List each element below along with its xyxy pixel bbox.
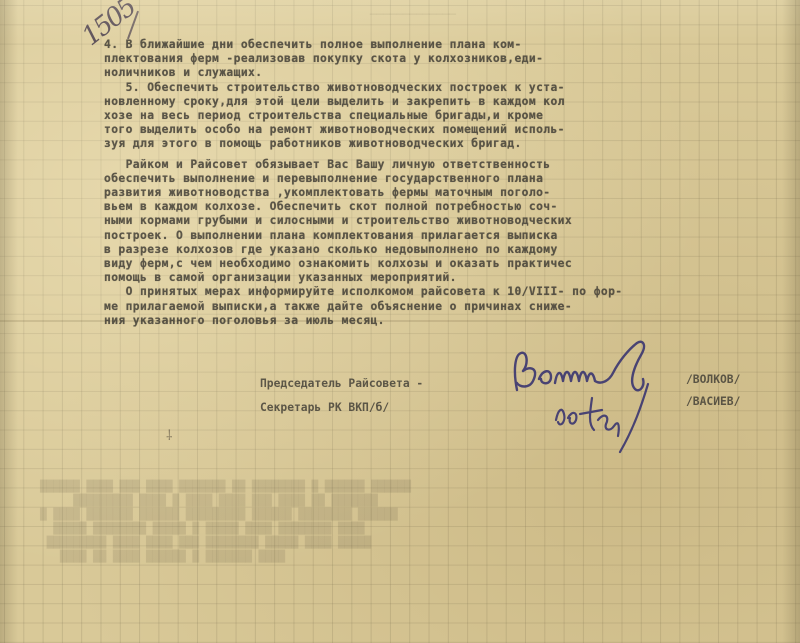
text-line: ме прилагаемой выписки,а также дайте объ… [104,300,794,314]
chairman-title: Председатель Райсовета - [260,377,423,390]
paragraph-item-4: 4. В ближайшие дни обеспечить полное вып… [104,38,794,81]
paragraph-report: О принятых мерах информируйте исполкомом… [104,285,794,328]
text-line: ноличников и служащих. [104,66,794,80]
signatory-names: /ВОЛКОВ/ /ВАСИЕВ/ [686,369,740,413]
text-line: вьем в каждом колхозе. Обеспечить скот п… [104,200,794,214]
text-line: виду ферм,с чем необходимо ознакомить ко… [104,257,794,271]
text-line: того выделить особо на ремонт животновод… [104,123,794,137]
chairman-signature [505,335,675,410]
text-line: развития животноводства ,укомплектовать … [104,186,794,200]
text-line: О принятых мерах информируйте исполкомом… [104,285,794,299]
secretary-title: Секретарь РК ВКП/б/ [260,401,389,414]
text-line: помощь в самой организации указанных мер… [104,271,794,285]
text-line: в разрезе колхозов где указано сколько н… [104,243,794,257]
paragraph-responsibility: Райком и Райсовет обязывает Вас Вашу лич… [104,158,794,286]
text-line: зуя для этого в помощь работников животн… [104,137,794,151]
scanned-document-page: ───────────── ██████ ████ ███ ████ █████… [0,0,800,643]
secretary-name: /ВАСИЕВ/ [686,395,740,408]
typed-body: 4. В ближайшие дни обеспечить полное вып… [104,38,794,328]
bleed-through-text: ██████ ████ ███ ████ ███████ ██ ████████… [40,480,411,564]
text-line: ными кормами грубыми и силосными и строи… [104,214,794,228]
chairman-name: /ВОЛКОВ/ [686,373,740,386]
text-line: ния указанного поголовья за июль месяц. [104,314,794,328]
margin-mark: ⸸ [166,426,173,445]
text-line: построек. О выполнении плана комплектова… [104,229,794,243]
bleed-through-text: ───────────── [330,8,456,22]
text-line: плектования ферм -реализовав покупку ско… [104,52,794,66]
text-line: Райком и Райсовет обязывает Вас Вашу лич… [104,158,794,172]
paragraph-item-5: 5. Обеспечить строительство животноводче… [104,81,794,152]
signature-titles: Председатель Райсовета - Секретарь РК ВК… [260,372,423,420]
text-line: 4. В ближайшие дни обеспечить полное вып… [104,38,794,52]
secretary-signature [548,380,668,460]
text-line: обеспечить выполнение и перевыполнение г… [104,172,794,186]
text-line: хозе на весь период строительства специа… [104,109,794,123]
text-line: 5. Обеспечить строительство животноводче… [104,81,794,95]
text-line: новленному сроку,для этой цели выделить … [104,95,794,109]
